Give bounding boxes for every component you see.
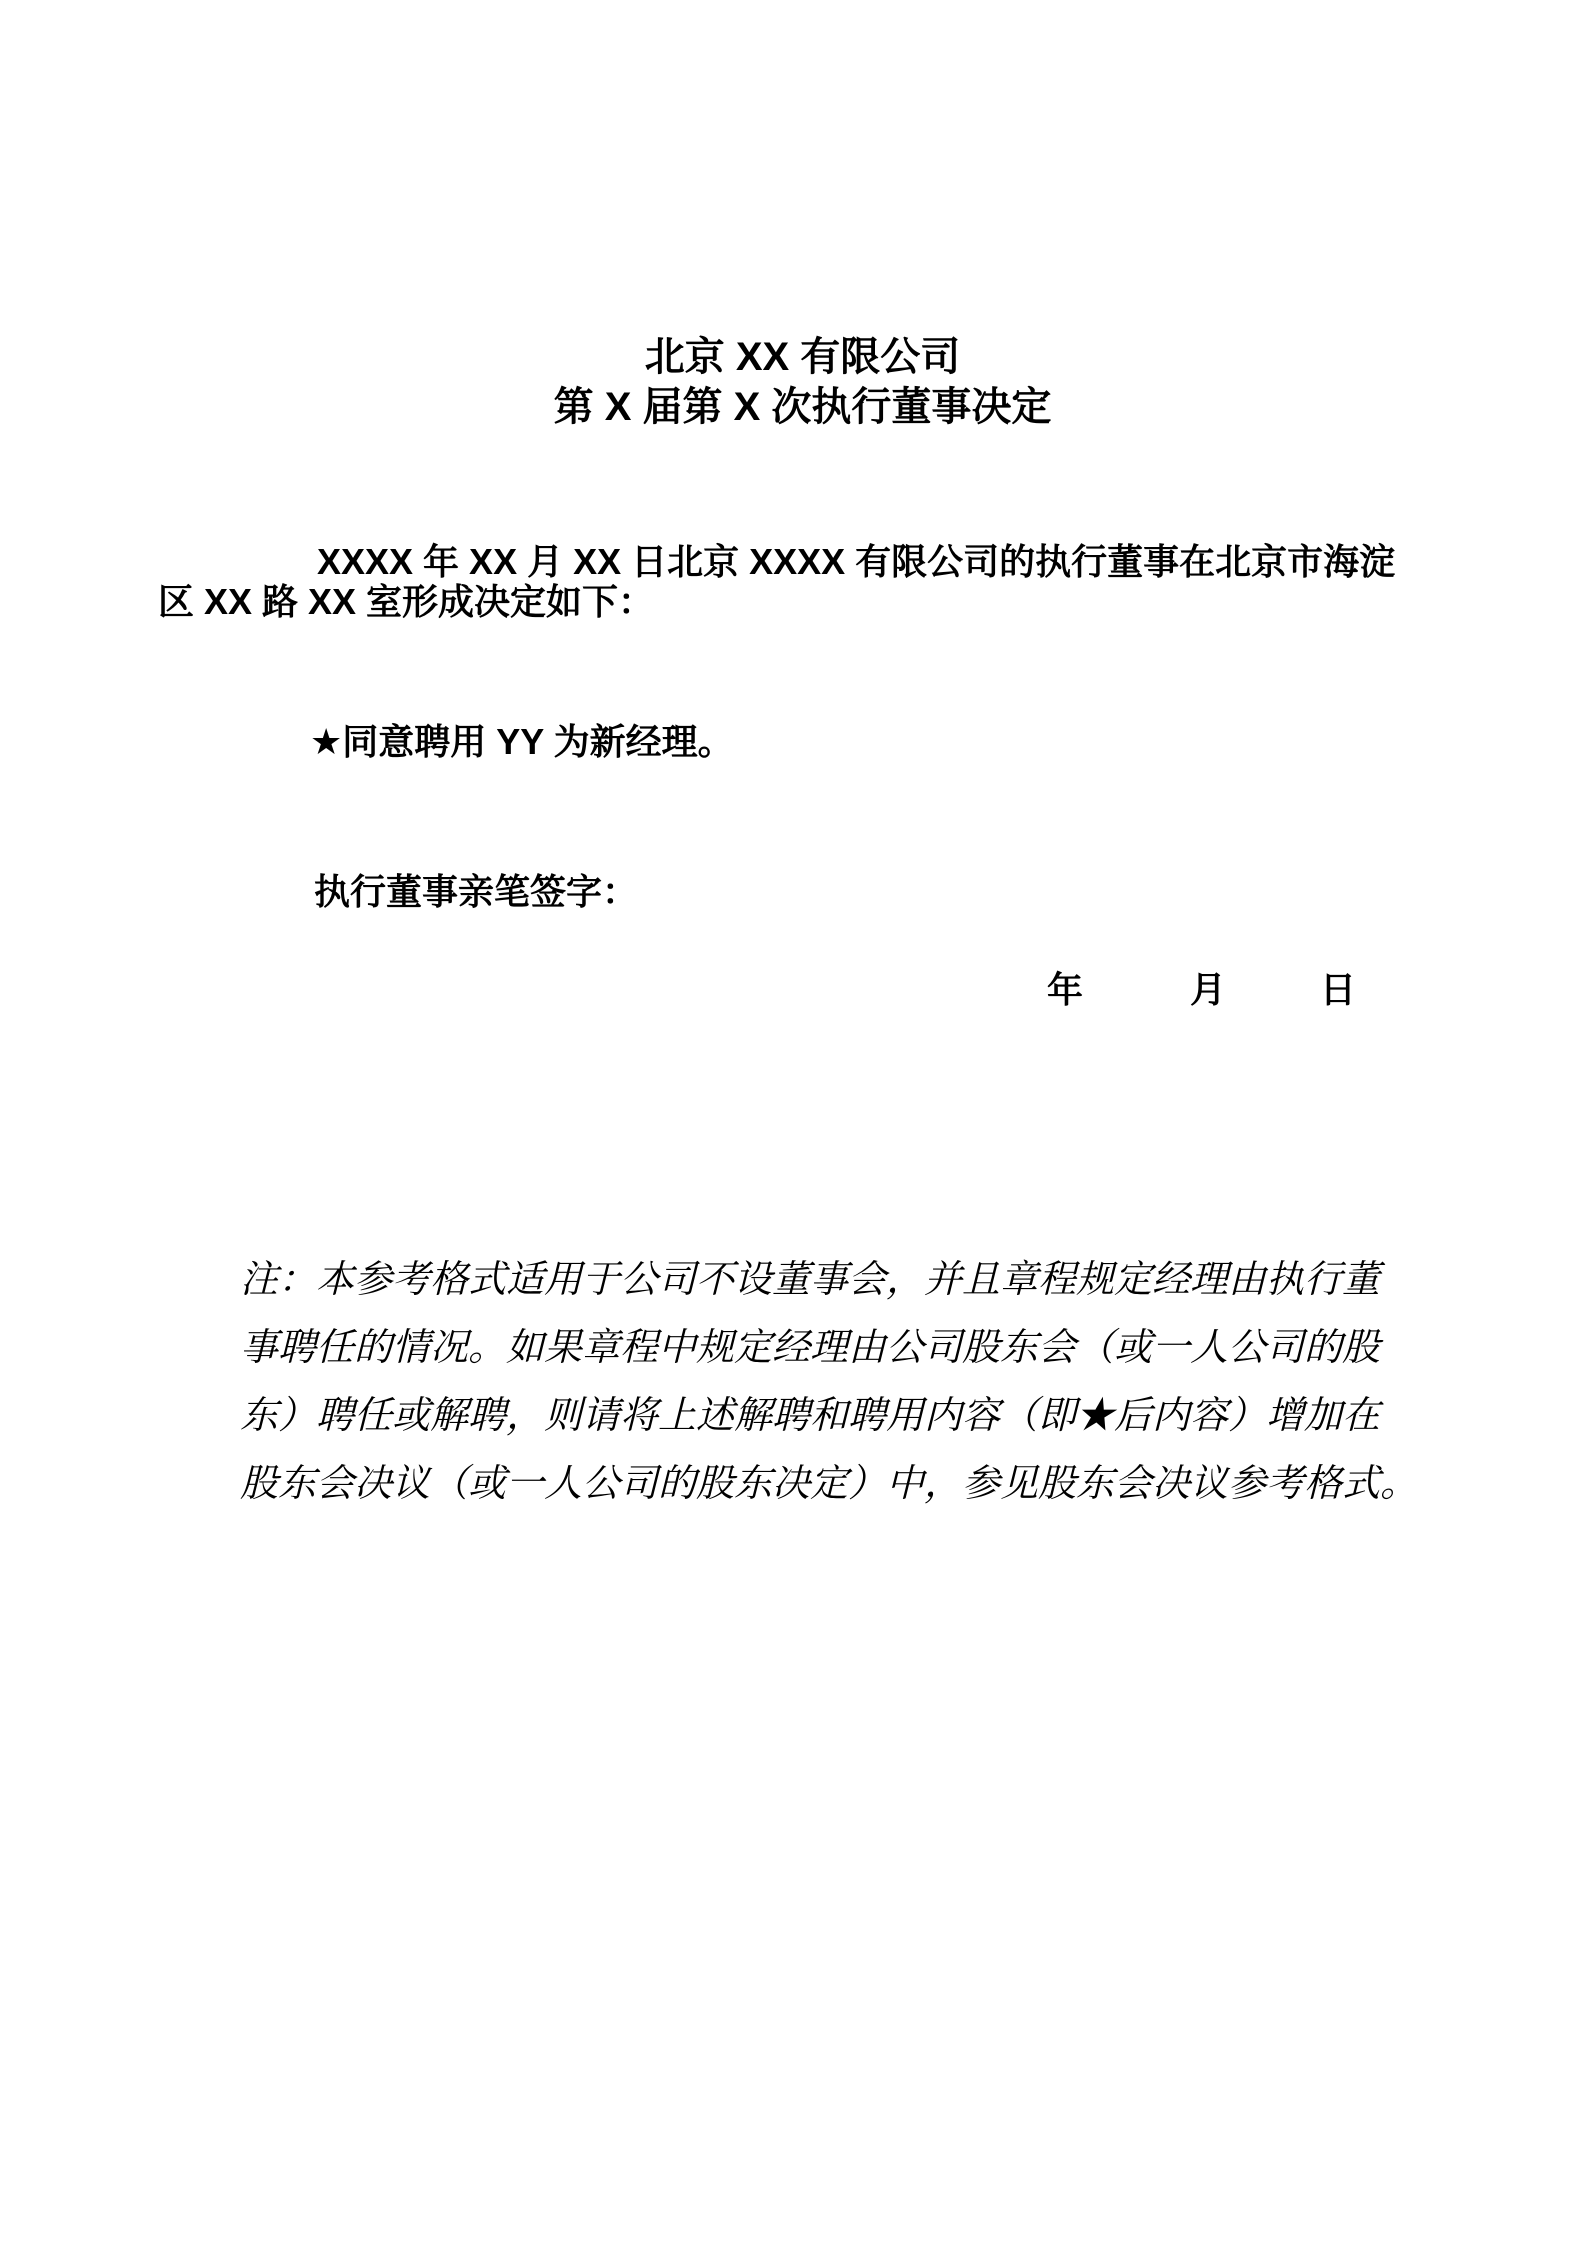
doc-title: 北京 XX 有限公司 第 X 届第 X 次执行董事决定 [158, 0, 1447, 432]
year-label: 年 [1047, 969, 1083, 1010]
intro-paragraph-line-2: 区 XX 路 XX 室形成决定如下： [158, 582, 1447, 622]
document-page: 北京 XX 有限公司 第 X 届第 X 次执行董事决定 XXXX 年 XX 月 … [0, 0, 1587, 2245]
note-paragraph: 注：本参考格式适用于公司不设董事会，并且章程规定经理由执行董 事聘任的情况。如果… [240, 1246, 1447, 1518]
note-line-4: 股东会决议（或一人公司的股东决定）中，参见股东会决议参考格式。 [240, 1450, 1447, 1518]
day-label: 日 [1320, 969, 1356, 1010]
doc-title-line-session: 第 X 届第 X 次执行董事决定 [158, 382, 1447, 432]
intro-paragraph-line-1: XXXX 年 XX 月 XX 日北京 XXXX 有限公司的执行董事在北京市海淀 [158, 542, 1447, 582]
note-line-2: 事聘任的情况。如果章程中规定经理由公司股东会（或一人公司的股 [240, 1314, 1447, 1382]
resolution-item: ★同意聘用 YY 为新经理。 [158, 722, 1447, 762]
intro-paragraph: XXXX 年 XX 月 XX 日北京 XXXX 有限公司的执行董事在北京市海淀 … [158, 542, 1447, 622]
month-label: 月 [1190, 969, 1226, 1010]
date-line: 年月日 [158, 970, 1447, 1010]
note-line-3: 东）聘任或解聘，则请将上述解聘和聘用内容（即★后内容）增加在 [240, 1382, 1447, 1450]
note-line-1: 注：本参考格式适用于公司不设董事会，并且章程规定经理由执行董 [240, 1246, 1447, 1314]
doc-title-line-company: 北京 XX 有限公司 [158, 332, 1447, 382]
signature-label: 执行董事亲笔签字： [158, 872, 1447, 912]
